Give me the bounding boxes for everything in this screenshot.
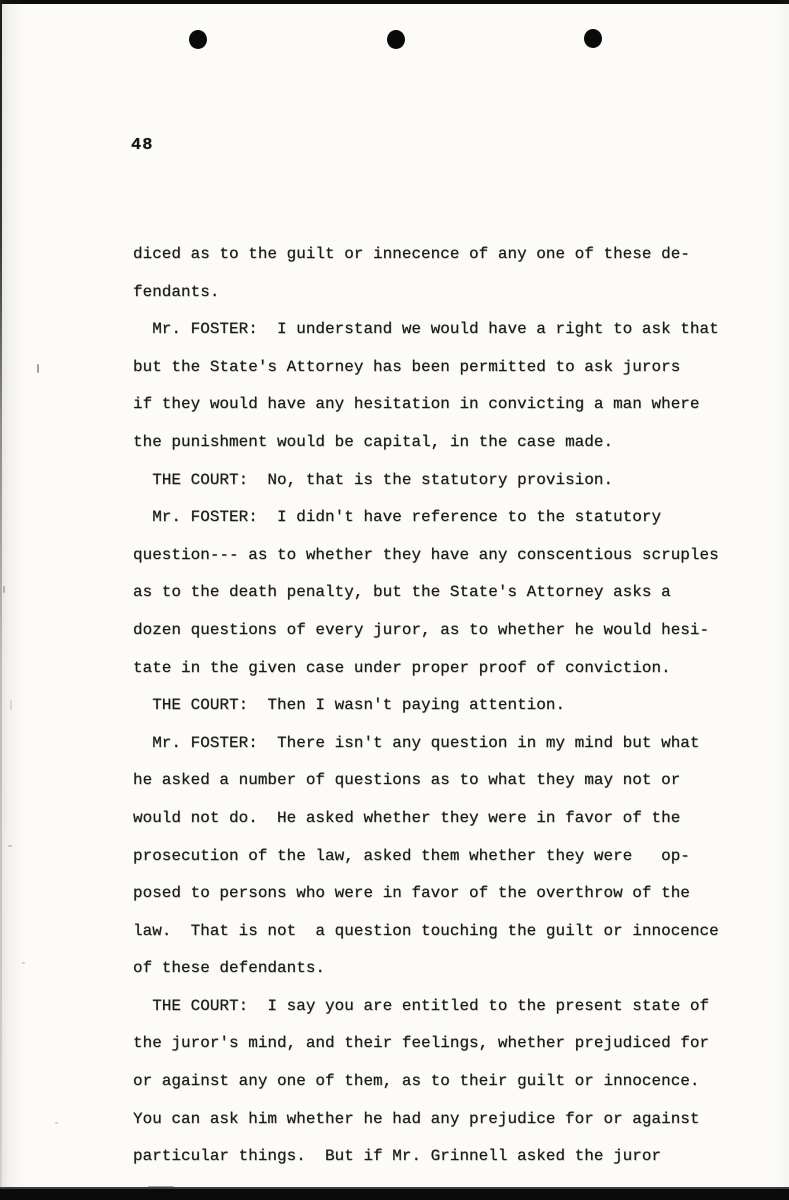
scan-left-edge bbox=[0, 0, 2, 1200]
transcript-line: posed to persons who were in favor of th… bbox=[133, 875, 763, 913]
transcript-line: would not do. He asked whether they were… bbox=[133, 800, 763, 838]
binding-hole-icon bbox=[189, 30, 207, 49]
transcript-line: question--- as to whether they have any … bbox=[133, 537, 763, 575]
scan-top-edge bbox=[0, 0, 789, 4]
transcript-line: but the State's Attorney has been permit… bbox=[133, 349, 763, 387]
transcript-line: of these defendants. bbox=[133, 950, 763, 988]
transcript-line: prosecution of the law, asked them wheth… bbox=[133, 838, 763, 876]
transcript-line: Mr. FOSTER: There isn't any question in … bbox=[133, 725, 763, 763]
binding-hole-icon bbox=[387, 30, 405, 49]
transcript-line: if they would have any hesitation in con… bbox=[133, 386, 763, 424]
transcript-line: THE COURT: I say you are entitled to the… bbox=[133, 988, 763, 1026]
scan-speck bbox=[3, 586, 5, 593]
transcript-line: fendants. bbox=[133, 274, 763, 312]
scan-speck bbox=[55, 1122, 58, 1124]
transcript-line: You can ask him whether he had any preju… bbox=[133, 1101, 763, 1139]
transcript-line: THE COURT: Then I wasn't paying attentio… bbox=[133, 687, 763, 725]
transcript-line: Mr. FOSTER: I understand we would have a… bbox=[133, 311, 763, 349]
scan-speck bbox=[22, 962, 25, 964]
transcript-line: he asked a number of questions as to wha… bbox=[133, 762, 763, 800]
transcript-line: the punishment would be capital, in the … bbox=[133, 424, 763, 462]
transcript-body: diced as to the guilt or innecence of an… bbox=[133, 236, 763, 1176]
transcript-line: the juror's mind, and their feelings, wh… bbox=[133, 1025, 763, 1063]
scan-speck bbox=[8, 845, 12, 847]
transcript-line: law. That is not a question touching the… bbox=[133, 913, 763, 951]
transcript-line: Mr. FOSTER: I didn't have reference to t… bbox=[133, 499, 763, 537]
transcript-line: as to the death penalty, but the State's… bbox=[133, 574, 763, 612]
scanned-transcript-page: 48 diced as to the guilt or innecence of… bbox=[0, 0, 789, 1200]
transcript-line: dozen questions of every juror, as to wh… bbox=[133, 612, 763, 650]
binding-hole-icon bbox=[584, 29, 602, 48]
transcript-line: THE COURT: No, that is the statutory pro… bbox=[133, 462, 763, 500]
transcript-line: or against any one of them, as to their … bbox=[133, 1063, 763, 1101]
scan-speck bbox=[37, 364, 39, 373]
transcript-line: particular things. But if Mr. Grinnell a… bbox=[133, 1138, 763, 1176]
transcript-line: diced as to the guilt or innecence of an… bbox=[133, 236, 763, 274]
page-number: 48 bbox=[131, 136, 153, 155]
scan-bottom-edge bbox=[0, 1187, 789, 1200]
scan-speck bbox=[10, 700, 12, 710]
transcript-line: tate in the given case under proper proo… bbox=[133, 650, 763, 688]
